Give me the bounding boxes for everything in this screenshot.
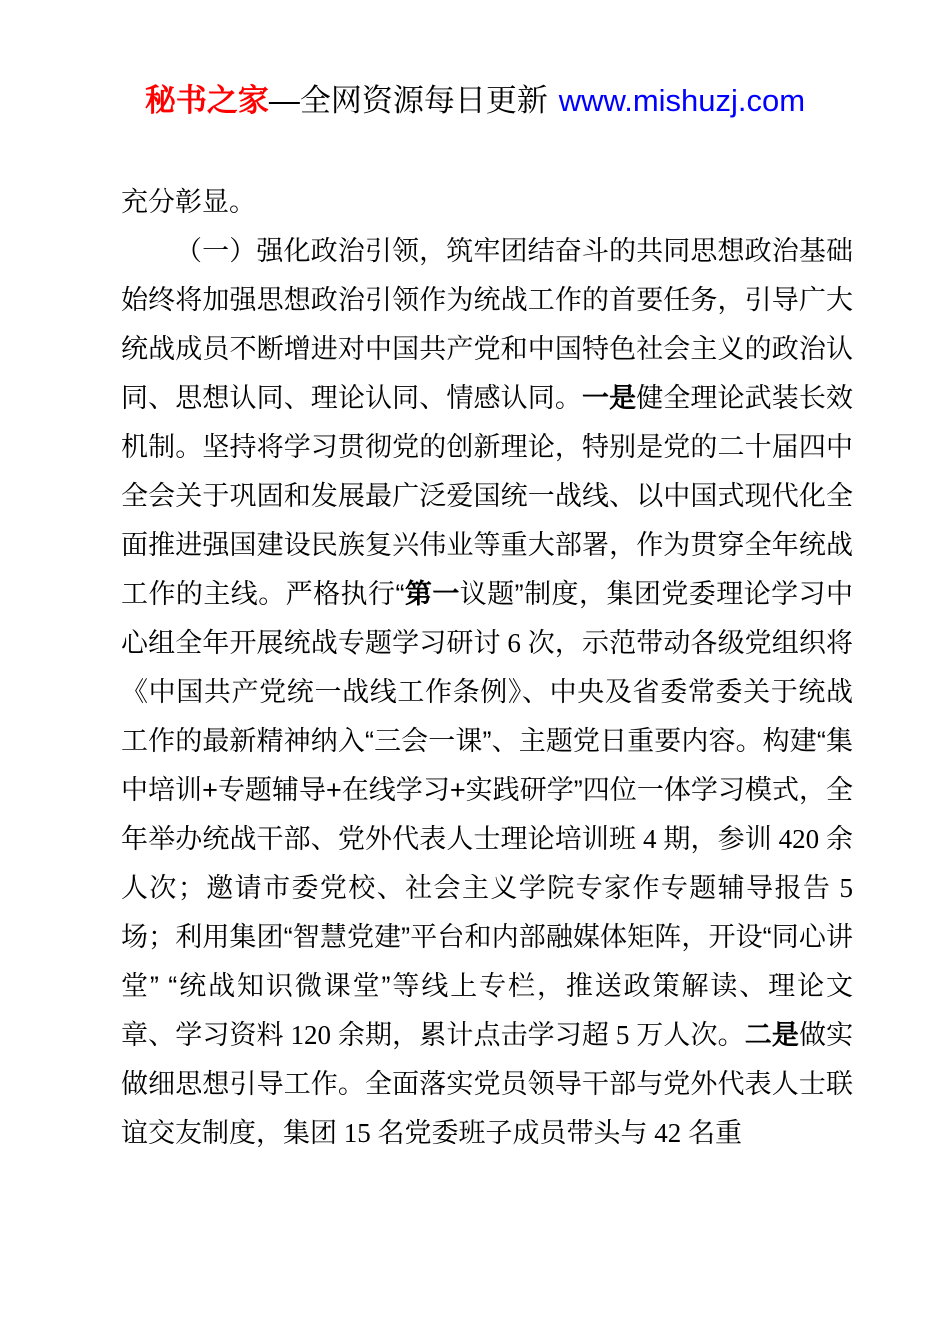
site-brand: 秘书之家 [145,83,269,118]
text-segment: 5 [609,1020,636,1050]
emphasis-text-segment: 二是 [745,1020,799,1050]
text-segment: 余期，累计点击学习超 [338,1020,609,1050]
text-segment: 期，参训 [663,824,771,854]
paragraph-section-one: （一）强化政治引领，筑牢团结奋斗的共同思想政治基础始终将加强思想政治引领作为统战… [121,227,853,1158]
text-segment: 42 [648,1118,689,1148]
site-url-link[interactable]: www.mishuzj.com [559,83,805,118]
document-page: 秘书之家—全网资源每日更新www.mishuzj.com 充分彰显。（一）强化政… [0,0,950,1344]
header-dash: — [269,83,300,118]
emphasis-text-segment: 第一 [404,579,459,609]
text-segment: 6 [501,628,528,658]
paragraph-continuation: 充分彰显。 [121,178,853,227]
text-segment: 充分彰显。 [121,187,256,217]
text-segment: 5 [831,873,853,903]
text-segment: 名重 [688,1118,742,1148]
text-segment: 万人次。 [636,1020,744,1050]
text-segment: 名党委班子成员带头与 [378,1118,648,1148]
text-segment: 4 [636,824,663,854]
document-body: 充分彰显。（一）强化政治引领，筑牢团结奋斗的共同思想政治基础始终将加强思想政治引… [121,178,853,1158]
site-tagline: 全网资源每日更新 [300,83,548,118]
site-header: 秘书之家—全网资源每日更新www.mishuzj.com [0,82,950,120]
text-segment: 420 [772,824,826,854]
emphasis-text-segment: 一是 [582,383,636,413]
text-segment: 120 [284,1020,338,1050]
text-segment: 15 [337,1118,378,1148]
text-segment: 健全理论武装长效机制。坚持将学习贯彻党的创新理论，特别是党的二十届四中全会关于巩… [121,383,853,609]
text-segment: 次，示范带动各级党组织将《中国共产党统一战线工作条例》、中央及省委常委关于统战工… [121,628,853,854]
